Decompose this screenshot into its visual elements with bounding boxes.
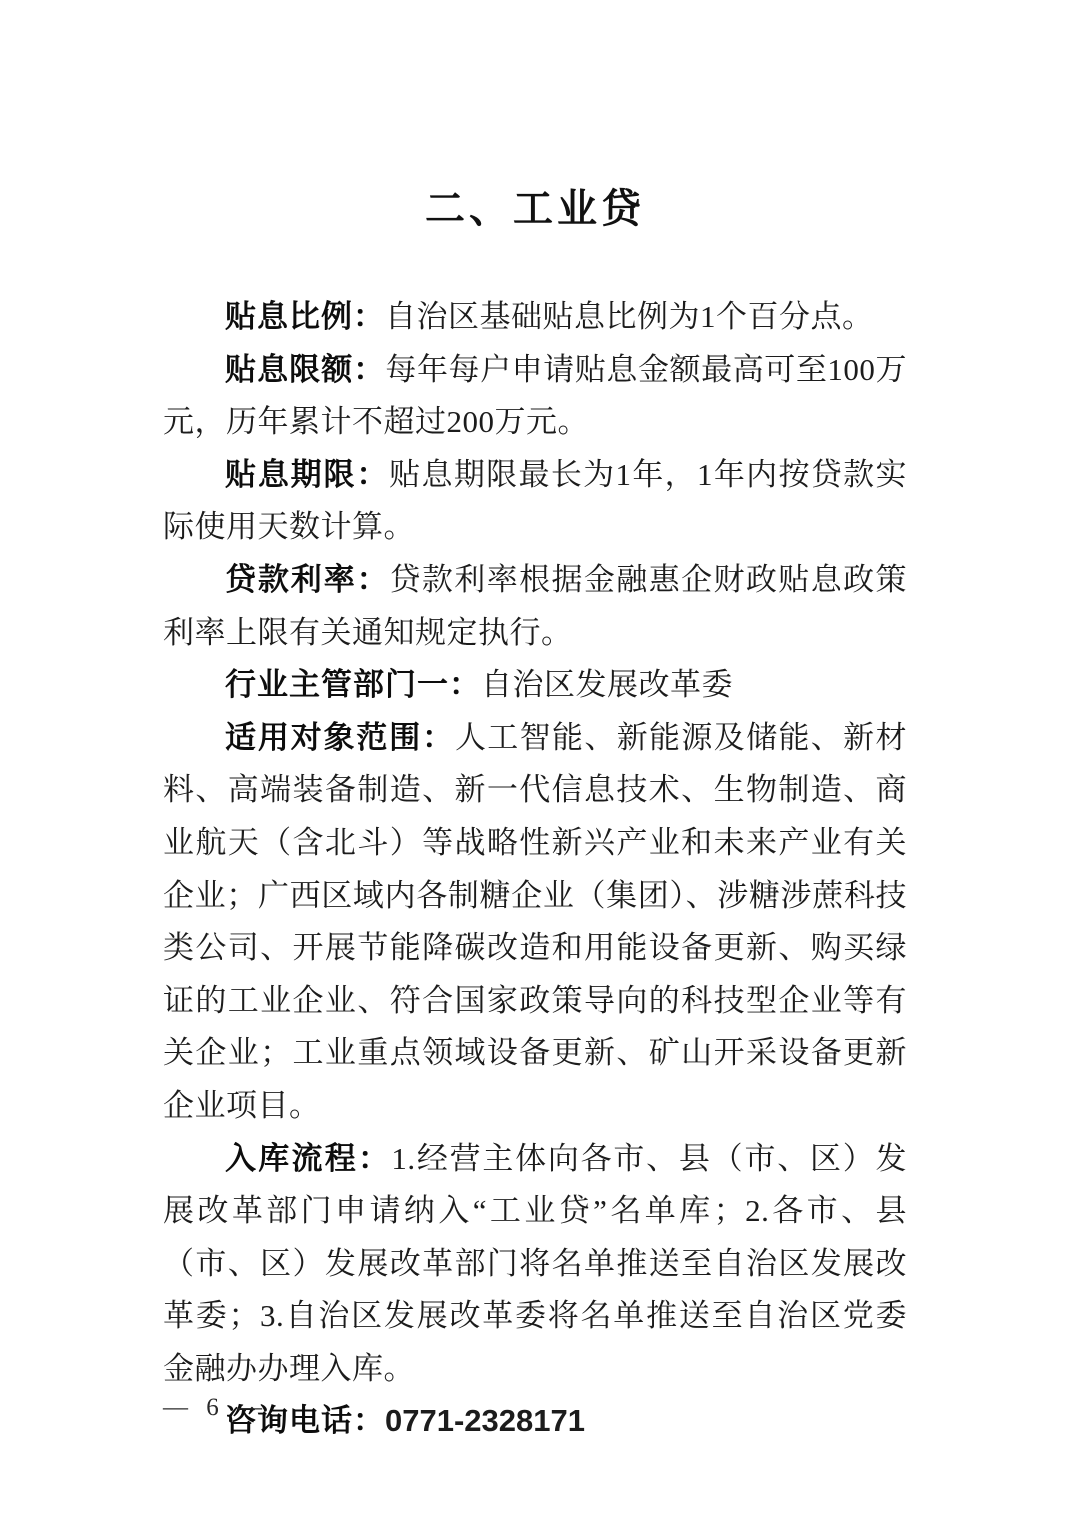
paragraph-label: 贴息限额： <box>225 352 385 387</box>
document-content: 二、工业贷 贴息比例：自治区基础贴息比例为1个百分点。 贴息限额：每年每户申请贴… <box>163 186 907 1448</box>
paragraph-label: 入库流程： <box>225 1141 391 1176</box>
paragraph-label: 行业主管部门一： <box>225 667 481 702</box>
paragraph-text: 人工智能、新能源及储能、新材料、高端装备制造、新一代信息技术、生物制造、商业航天… <box>163 720 907 1123</box>
paragraph-text: 自治区发展改革委 <box>481 667 733 702</box>
paragraph-loan-rate: 贷款利率：贷款利率根据金融惠企财政贴息政策利率上限有关通知规定执行。 <box>163 554 907 659</box>
paragraph-subsidy-ratio: 贴息比例：自治区基础贴息比例为1个百分点。 <box>163 291 907 344</box>
paragraph-registration-process: 入库流程：1.经营主体向各市、县（市、区）发展改革部门申请纳入“工业贷”名单库；… <box>163 1133 907 1396</box>
paragraph-contact-phone: 咨询电话：0771-2328171 <box>163 1395 907 1448</box>
paragraph-competent-department: 行业主管部门一：自治区发展改革委 <box>163 659 907 712</box>
paragraph-text: 1.经营主体向各市、县（市、区）发展改革部门申请纳入“工业贷”名单库；2.各市、… <box>163 1141 907 1386</box>
paragraph-text: 0771-2328171 <box>385 1403 585 1438</box>
page-title: 二、工业贷 <box>163 186 907 232</box>
paragraph-label: 贴息期限： <box>225 457 389 492</box>
document-body: 贴息比例：自治区基础贴息比例为1个百分点。 贴息限额：每年每户申请贴息金额最高可… <box>163 291 907 1448</box>
paragraph-label: 贴息比例： <box>225 299 385 334</box>
paragraph-subsidy-term: 贴息期限：贴息期限最长为1年，1年内按贷款实际使用天数计算。 <box>163 449 907 554</box>
page-number: — 6 — <box>163 1392 268 1424</box>
paragraph-label: 适用对象范围： <box>225 720 455 755</box>
paragraph-applicable-scope: 适用对象范围：人工智能、新能源及储能、新材料、高端装备制造、新一代信息技术、生物… <box>163 712 907 1133</box>
paragraph-label: 贷款利率： <box>225 562 390 597</box>
paragraph-subsidy-limit: 贴息限额：每年每户申请贴息金额最高可至100万元，历年累计不超过200万元。 <box>163 344 907 449</box>
paragraph-text: 自治区基础贴息比例为1个百分点。 <box>385 299 874 334</box>
document-page: 二、工业贷 贴息比例：自治区基础贴息比例为1个百分点。 贴息限额：每年每户申请贴… <box>0 0 1074 1520</box>
